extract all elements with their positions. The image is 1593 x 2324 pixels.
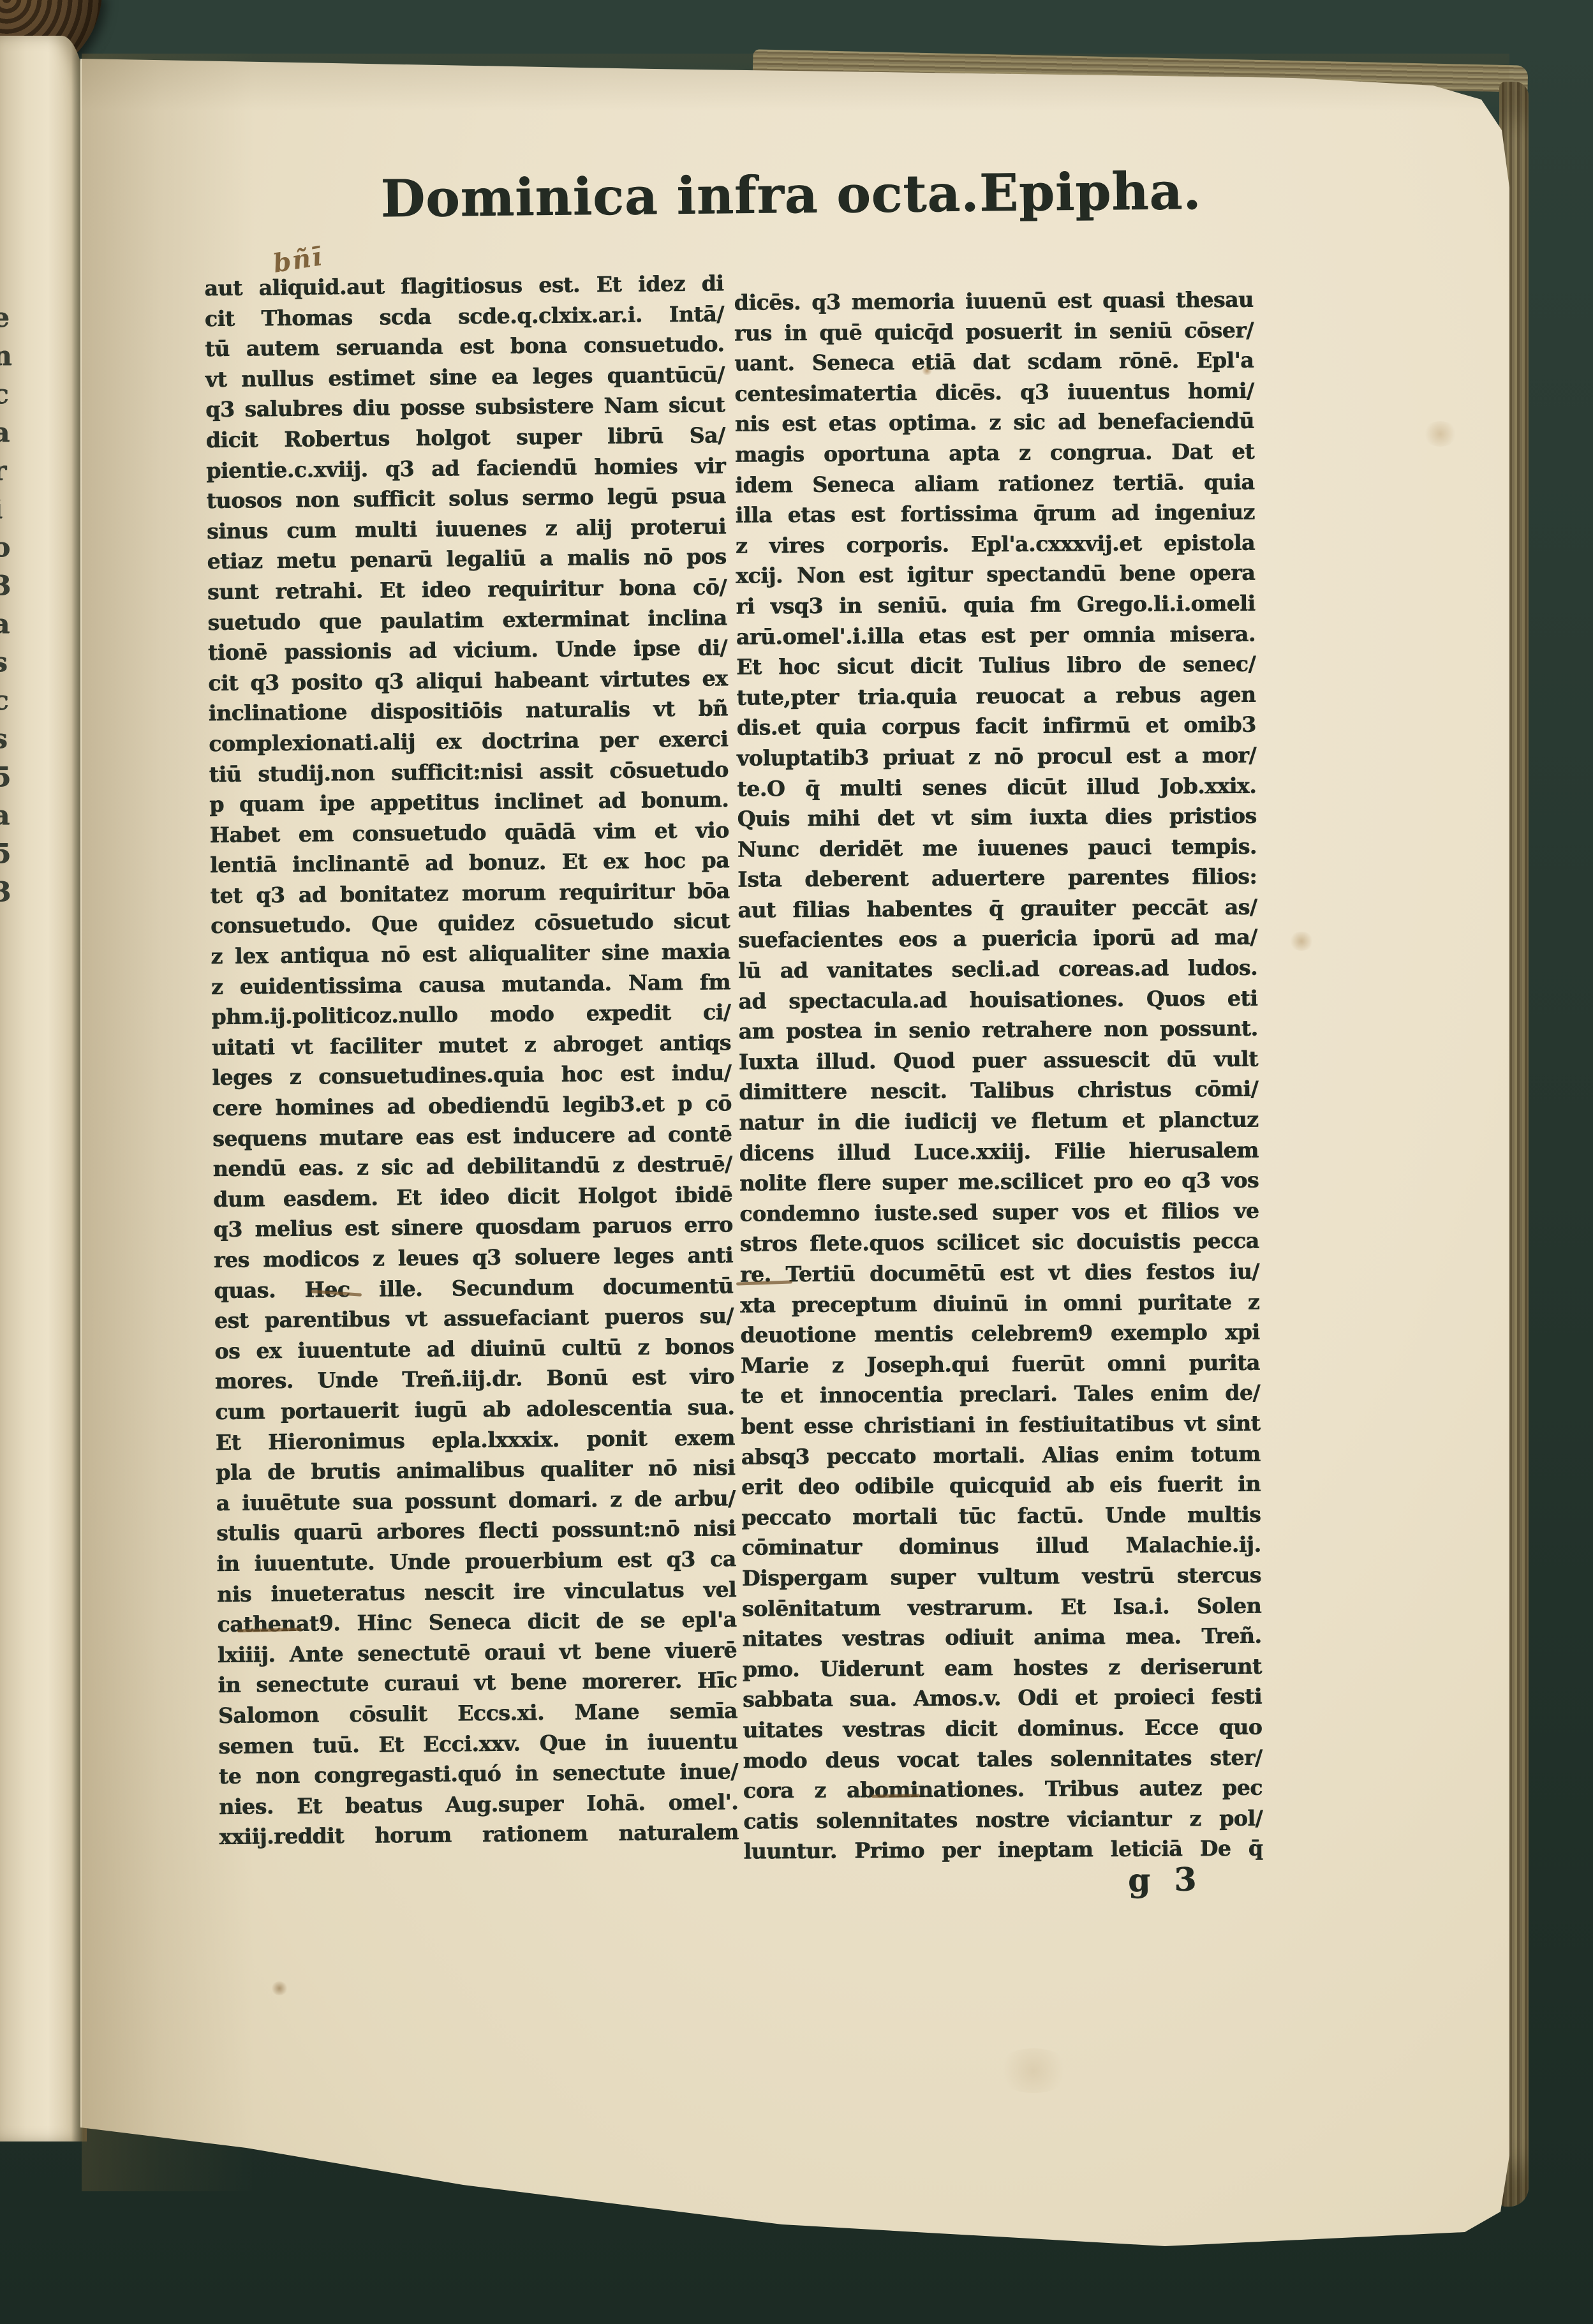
text-line: am postea in senio retrahere non possunt… xyxy=(738,1013,1257,1047)
running-title: Dominica infra octa.Epipha. xyxy=(367,161,1216,239)
text-line: nis est etas optima. z sic ad benefacien… xyxy=(735,406,1254,440)
text-line: complexionati.alij ex doctrina per exerc… xyxy=(209,724,728,759)
text-line: voluptatib3 priuat z nō procul est a mor… xyxy=(737,740,1256,773)
edge-letter-fragment: 5 xyxy=(0,835,31,873)
text-line: semen tuū. Et Ecci.xxv. Que in iuuentu xyxy=(218,1726,737,1761)
text-line: nitates vestras odiuit anima mea. Treñ. xyxy=(742,1621,1261,1655)
text-line: magis oportuna apta z congrua. Dat et xyxy=(735,436,1254,470)
text-line: illa etas est fortissima q̄rum ad ingeni… xyxy=(735,497,1254,531)
text-line: dicit Robertus holgot super librū Sa/ xyxy=(205,420,725,455)
text-line: dum easdem. Et ideo dicit Holgot ibidē xyxy=(213,1179,732,1214)
edge-letter-fragment: 3 xyxy=(0,873,31,911)
text-line: ad spectacula.ad houisationes. Quos eti xyxy=(738,983,1257,1017)
text-line: nis inueteratus nescit ire vinculatus ve… xyxy=(217,1574,736,1609)
edge-letter-fragment: e xyxy=(0,299,31,337)
text-line: in iuuentute. Unde prouerbium est q3 ca xyxy=(216,1544,736,1579)
text-line: p quam ipe appetitus inclinet ad bonum. xyxy=(209,784,729,819)
text-line: te non congregasti.quó in senectute inue… xyxy=(219,1756,738,1791)
text-column-left: aut aliquid.aut flagitiosus est. Et idez… xyxy=(204,268,739,1852)
text-line: cora z abominationes. Tribus autez pec xyxy=(743,1773,1263,1806)
text-line: re. Tertiū documētū est vt dies festos i… xyxy=(740,1256,1259,1290)
text-line: stulis quarū arbores flecti possunt:nō n… xyxy=(216,1513,736,1548)
text-line: tū autem seruanda est bona consuetudo. xyxy=(205,329,724,364)
text-line: consuetudo. Que quidez cōsuetudo sicut xyxy=(211,906,730,941)
text-line: z vires corporis. Epl'a.cxxxvij.et epist… xyxy=(736,527,1255,561)
text-line: rus in quē quicq̄d posuerit in seniū cōs… xyxy=(734,315,1254,348)
text-line: sunt retrahi. Et ideo requiritur bona cō… xyxy=(207,572,727,607)
text-line: suetudo que paulatim exterminat inclina xyxy=(207,602,727,637)
text-line: Iuxta illud. Quod puer assuescit dū vult xyxy=(739,1043,1258,1077)
text-line: sabbata sua. Amos.v. Odi et proieci fest… xyxy=(743,1681,1262,1715)
text-line: leges z consuetudines.quia hoc est indu/ xyxy=(212,1058,731,1093)
text-line: tuosos non sufficit solus sermo legū psu… xyxy=(206,480,725,516)
text-line: sinus cum multi iuuenes z alij proterui xyxy=(207,511,726,546)
text-line: bent esse christiani in festiuitatibus v… xyxy=(741,1408,1260,1441)
scanned-book-photo: encario3ascs5a53 Dominica infra octa.Epi… xyxy=(0,0,1593,2324)
text-line: peccato mortali tūc factū. Unde multis xyxy=(741,1499,1261,1533)
text-line: est parentibus vt assuefaciant pueros su… xyxy=(214,1300,734,1336)
text-line: cōminatur dominus illud Malachie.ij. xyxy=(741,1530,1261,1563)
text-line: dis.et quia corpus facit infirmū et omib… xyxy=(737,710,1256,743)
text-line: cit Thomas scda scde.q.clxix.ar.i. Intā/ xyxy=(205,299,724,334)
text-line: phm.ij.politicoz.nullo modo expedit ci/ xyxy=(211,997,730,1032)
text-line: natur in die iudicij ve fletum et planct… xyxy=(739,1105,1258,1138)
text-line: sequens mutare eas est inducere ad contē xyxy=(212,1119,732,1154)
text-line: dimittere nescit. Talibus christus cōmi/ xyxy=(739,1074,1258,1108)
text-line: mores. Unde Treñ.iij.dr. Bonū est viro xyxy=(215,1361,734,1396)
text-line: z euidentissima causa mutanda. Nam fm xyxy=(211,967,730,1002)
text-line: pientie.c.xviij. q3 ad faciendū homies v… xyxy=(206,451,725,486)
text-line: te et innocentia preclari. Tales enim de… xyxy=(741,1378,1260,1412)
text-line: aut filias habentes q̄ grauiter peccāt a… xyxy=(737,891,1257,925)
text-line: tet q3 ad bonitatez morum requiritur bōa xyxy=(210,875,729,911)
edge-letter-fragment: n xyxy=(0,337,31,375)
text-line: suefacientes eos a puericia iporū ad ma/ xyxy=(738,922,1257,956)
text-line: condemno iuste.sed super vos et filios v… xyxy=(739,1195,1259,1229)
text-line: arū.omel'.i.illa etas est per omnia mise… xyxy=(736,618,1256,652)
text-line: xxiij.reddit horum rationem naturalem xyxy=(219,1817,738,1852)
text-line: xcij. Non est igitur spectandū bene oper… xyxy=(736,558,1255,592)
text-line: Marie z Joseph.qui fuerūt omni purita xyxy=(741,1347,1260,1381)
text-line: Habet em consuetudo quādā vim et vio xyxy=(209,815,729,850)
text-line: dicens illud Luce.xxiij. Filie hierusale… xyxy=(739,1135,1259,1168)
text-line: centesimatertia dicēs. q3 iuuentus homi/ xyxy=(734,375,1254,409)
text-line: Ista deberent aduertere parentes filios: xyxy=(737,861,1257,895)
text-line: nies. Et beatus Aug.super Iohā. omel'. xyxy=(219,1787,738,1822)
text-line: absq3 peccato mortali. Alias enim totum xyxy=(741,1438,1260,1472)
edge-letter-fragment: c xyxy=(0,682,31,720)
edge-letter-fragment: c xyxy=(0,375,31,413)
text-line: modo deus vocat tales solennitates ster/ xyxy=(743,1742,1262,1776)
text-line: q3 salubres diu posse subsistere Nam sic… xyxy=(205,390,725,425)
text-line: tionē passionis ad vicium. Unde ipse di/ xyxy=(208,632,727,667)
text-line: Salomon cōsulit Eccs.xi. Mane semīa xyxy=(218,1695,737,1731)
text-line: uitates vestras dicit dominus. Ecce quo xyxy=(743,1711,1262,1745)
text-line: deuotione mentis celebrem9 exemplo xpi xyxy=(740,1317,1259,1351)
text-line: aut aliquid.aut flagitiosus est. Et idez… xyxy=(204,268,723,303)
text-line: tiū studij.non sufficit:nisi assit cōsue… xyxy=(209,754,728,789)
text-line: ri vsq3 in seniū. quia fm Grego.li.i.ome… xyxy=(736,588,1255,622)
edge-letter-fragment: o xyxy=(0,528,31,567)
edge-letter-fragment: r xyxy=(0,452,31,490)
text-line: cere homines ad obediendū legib3.et p cō xyxy=(212,1088,731,1123)
text-line: idem Seneca aliam rationez tertiā. quia xyxy=(735,466,1254,500)
text-line: erit deo odibile quicquid ab eis fuerit … xyxy=(741,1469,1261,1503)
text-line: lentiā inclinantē ad bonuz. Et ex hoc pa xyxy=(210,845,729,880)
edge-letter-fragment: s xyxy=(0,643,31,682)
text-line: quas. Hec ille. Secundum documentū xyxy=(214,1270,733,1306)
edge-letter-fragment: a xyxy=(0,413,31,452)
text-line: vt nullus estimet sine ea leges quantūcū… xyxy=(205,359,725,394)
text-line: cit q3 posito q3 aliqui habeant virtutes… xyxy=(208,663,727,698)
edge-letter-fragment: a xyxy=(0,605,31,643)
text-line: catis solennitates nostre viciantur z po… xyxy=(743,1803,1263,1836)
quire-signature: g 3 xyxy=(1127,1860,1203,1899)
text-line: res modicos z leues q3 soluere leges ant… xyxy=(214,1240,733,1275)
facing-page-edge: encario3ascs5a53 xyxy=(0,36,87,2142)
text-line: solēnitatum vestrarum. Et Isa.i. Solen xyxy=(742,1590,1261,1624)
text-line: cum portauerit iugū ab adolescentia sua. xyxy=(215,1392,734,1427)
text-line: uant. Seneca etiā dat scdam rōnē. Epl'a xyxy=(734,345,1254,379)
edge-letter-fragment: a xyxy=(0,796,31,835)
text-line: Et Hieronimus epla.lxxxix. ponit exem xyxy=(216,1422,735,1457)
text-line: os ex iuuentute ad diuinū cultū z bonos xyxy=(214,1331,734,1366)
text-line: a iuuētute sua possunt domari. z de arbu… xyxy=(216,1483,735,1518)
text-line: z lex antiqua nō est aliqualiter sine ma… xyxy=(211,936,730,971)
text-line: nendū eas. z sic ad debilitandū z destru… xyxy=(212,1149,732,1184)
edge-letter-fragment: i xyxy=(0,490,31,528)
text-line: Quis mihi det vt sim iuxta dies pristios xyxy=(737,801,1256,835)
text-line: Et hoc sicut dicit Tulius libro de senec… xyxy=(736,649,1256,683)
text-line: cathenat9. Hinc Seneca dicit de se epl'a xyxy=(217,1604,736,1639)
text-column-right: dicēs. q3 memoria iuuenū est quasi thesa… xyxy=(734,285,1263,1867)
text-line: te.O q̄ multi senes dicūt illud Job.xxix… xyxy=(737,770,1256,804)
text-line: tute,pter tria.quia reuocat a rebus agen xyxy=(736,679,1256,713)
edge-letter-fragment: 5 xyxy=(0,758,31,796)
text-line: stros flete.quos scilicet sic docuistis … xyxy=(739,1226,1259,1260)
text-line: inclinatione dispositiōis naturalis vt b… xyxy=(209,693,728,728)
text-line: dicēs. q3 memoria iuuenū est quasi thesa… xyxy=(734,285,1253,318)
text-line: etiaz metu penarū legaliū a malis nō pos xyxy=(207,541,726,576)
text-line: pla de brutis animalibus qualiter nō nis… xyxy=(216,1452,735,1487)
text-line: nolite flere super me.scilicet pro eo q3… xyxy=(739,1165,1259,1199)
text-line: q3 melius est sinere quosdam paruos erro xyxy=(213,1209,732,1244)
text-line: xta preceptum diuinū in omni puritate z xyxy=(740,1286,1259,1320)
edge-letter-fragment: s xyxy=(0,720,31,758)
facing-edge-letters: encario3ascs5a53 xyxy=(0,299,31,911)
text-line: in senectute curaui vt bene morerer. Hīc xyxy=(218,1665,737,1700)
text-line: lū ad vanitates secli.ad coreas.ad ludos… xyxy=(738,953,1257,987)
text-line: Dispergam super vultum vestrū stercus xyxy=(742,1560,1261,1593)
text-line: lxiiij. Ante senectutē oraui vt bene viu… xyxy=(218,1635,737,1670)
text-line: Nunc deridēt me iuuenes pauci tempis. xyxy=(737,831,1257,865)
text-line: pmo. Uiderunt eam hostes z deriserunt xyxy=(743,1651,1262,1685)
text-line: uitati vt faciliter mutet z abroget anti… xyxy=(212,1027,731,1062)
edge-letter-fragment: 3 xyxy=(0,567,31,605)
